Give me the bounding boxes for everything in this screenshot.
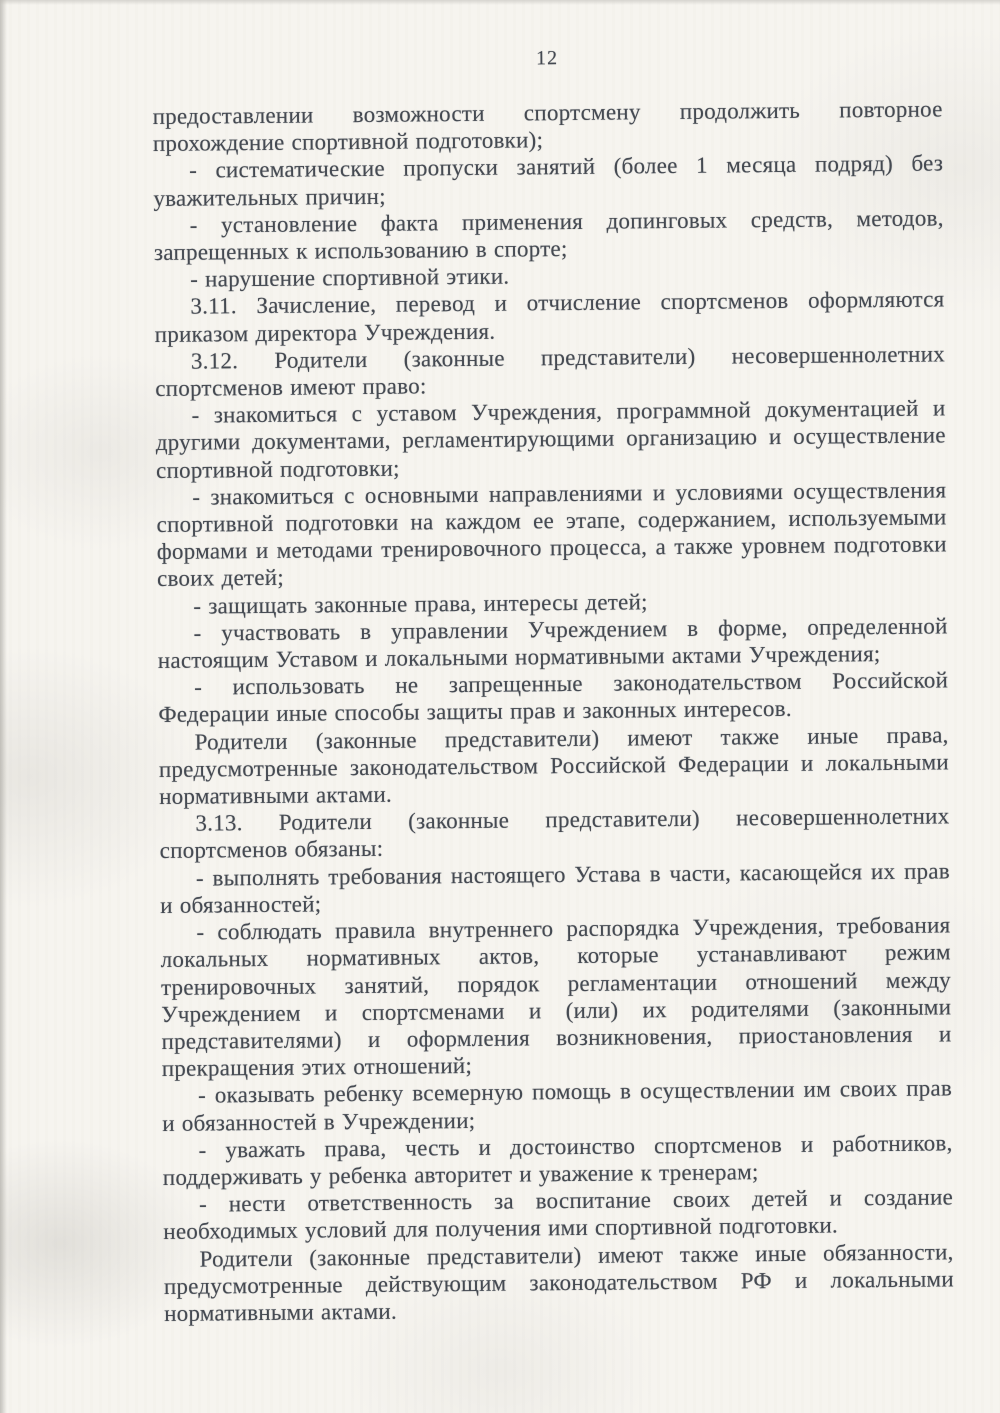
paragraph-list-item: - систематические пропуски занятий (боле… [153,150,943,212]
paragraph-plain: Родители (законные представители) имеют … [163,1238,954,1327]
paragraph-list-item: - нести ответственность за воспитание св… [163,1183,953,1245]
scan-edge-left [0,0,7,1413]
paragraph-clause-3-13: 3.13. Родители (законные представители) … [159,803,949,865]
paragraph-continuation: предоставлении возможности спортсмену пр… [153,95,943,157]
paragraph-list-item: - участвовать в управлении Учреждением в… [157,612,947,674]
scanned-page: 12 предоставлении возможности спортсмену… [0,0,1000,1413]
document-content: 12 предоставлении возможности спортсмену… [152,42,954,1327]
paragraph-list-item: - знакомиться с уставом Учреждения, прог… [155,395,946,484]
paragraph-plain: Родители (законные представители) имеют … [159,721,950,810]
paragraph-clause-3-12: 3.12. Родители (законные представители) … [155,340,945,402]
paragraph-list-item: - оказывать ребенку всемерную помощь в о… [162,1075,952,1137]
paragraph-list-item: - соблюдать правила внутреннего распоряд… [160,911,952,1082]
page-number: 12 [152,42,942,74]
paragraph-list-item: - выполнять требования настоящего Устава… [160,857,950,919]
scan-edge-top [0,0,1000,5]
paragraph-list-item: - уважать права, честь и достоинство спо… [162,1129,952,1191]
paragraph-list-item: - знакомиться с основными направлениями … [156,476,947,592]
paragraph-clause-3-11: 3.11. Зачисление, перевод и отчисление с… [154,286,944,348]
paragraph-list-item: - использовать не запрещенные законодате… [158,667,948,729]
paragraph-list-item: - установление факта применения допингов… [154,204,944,266]
